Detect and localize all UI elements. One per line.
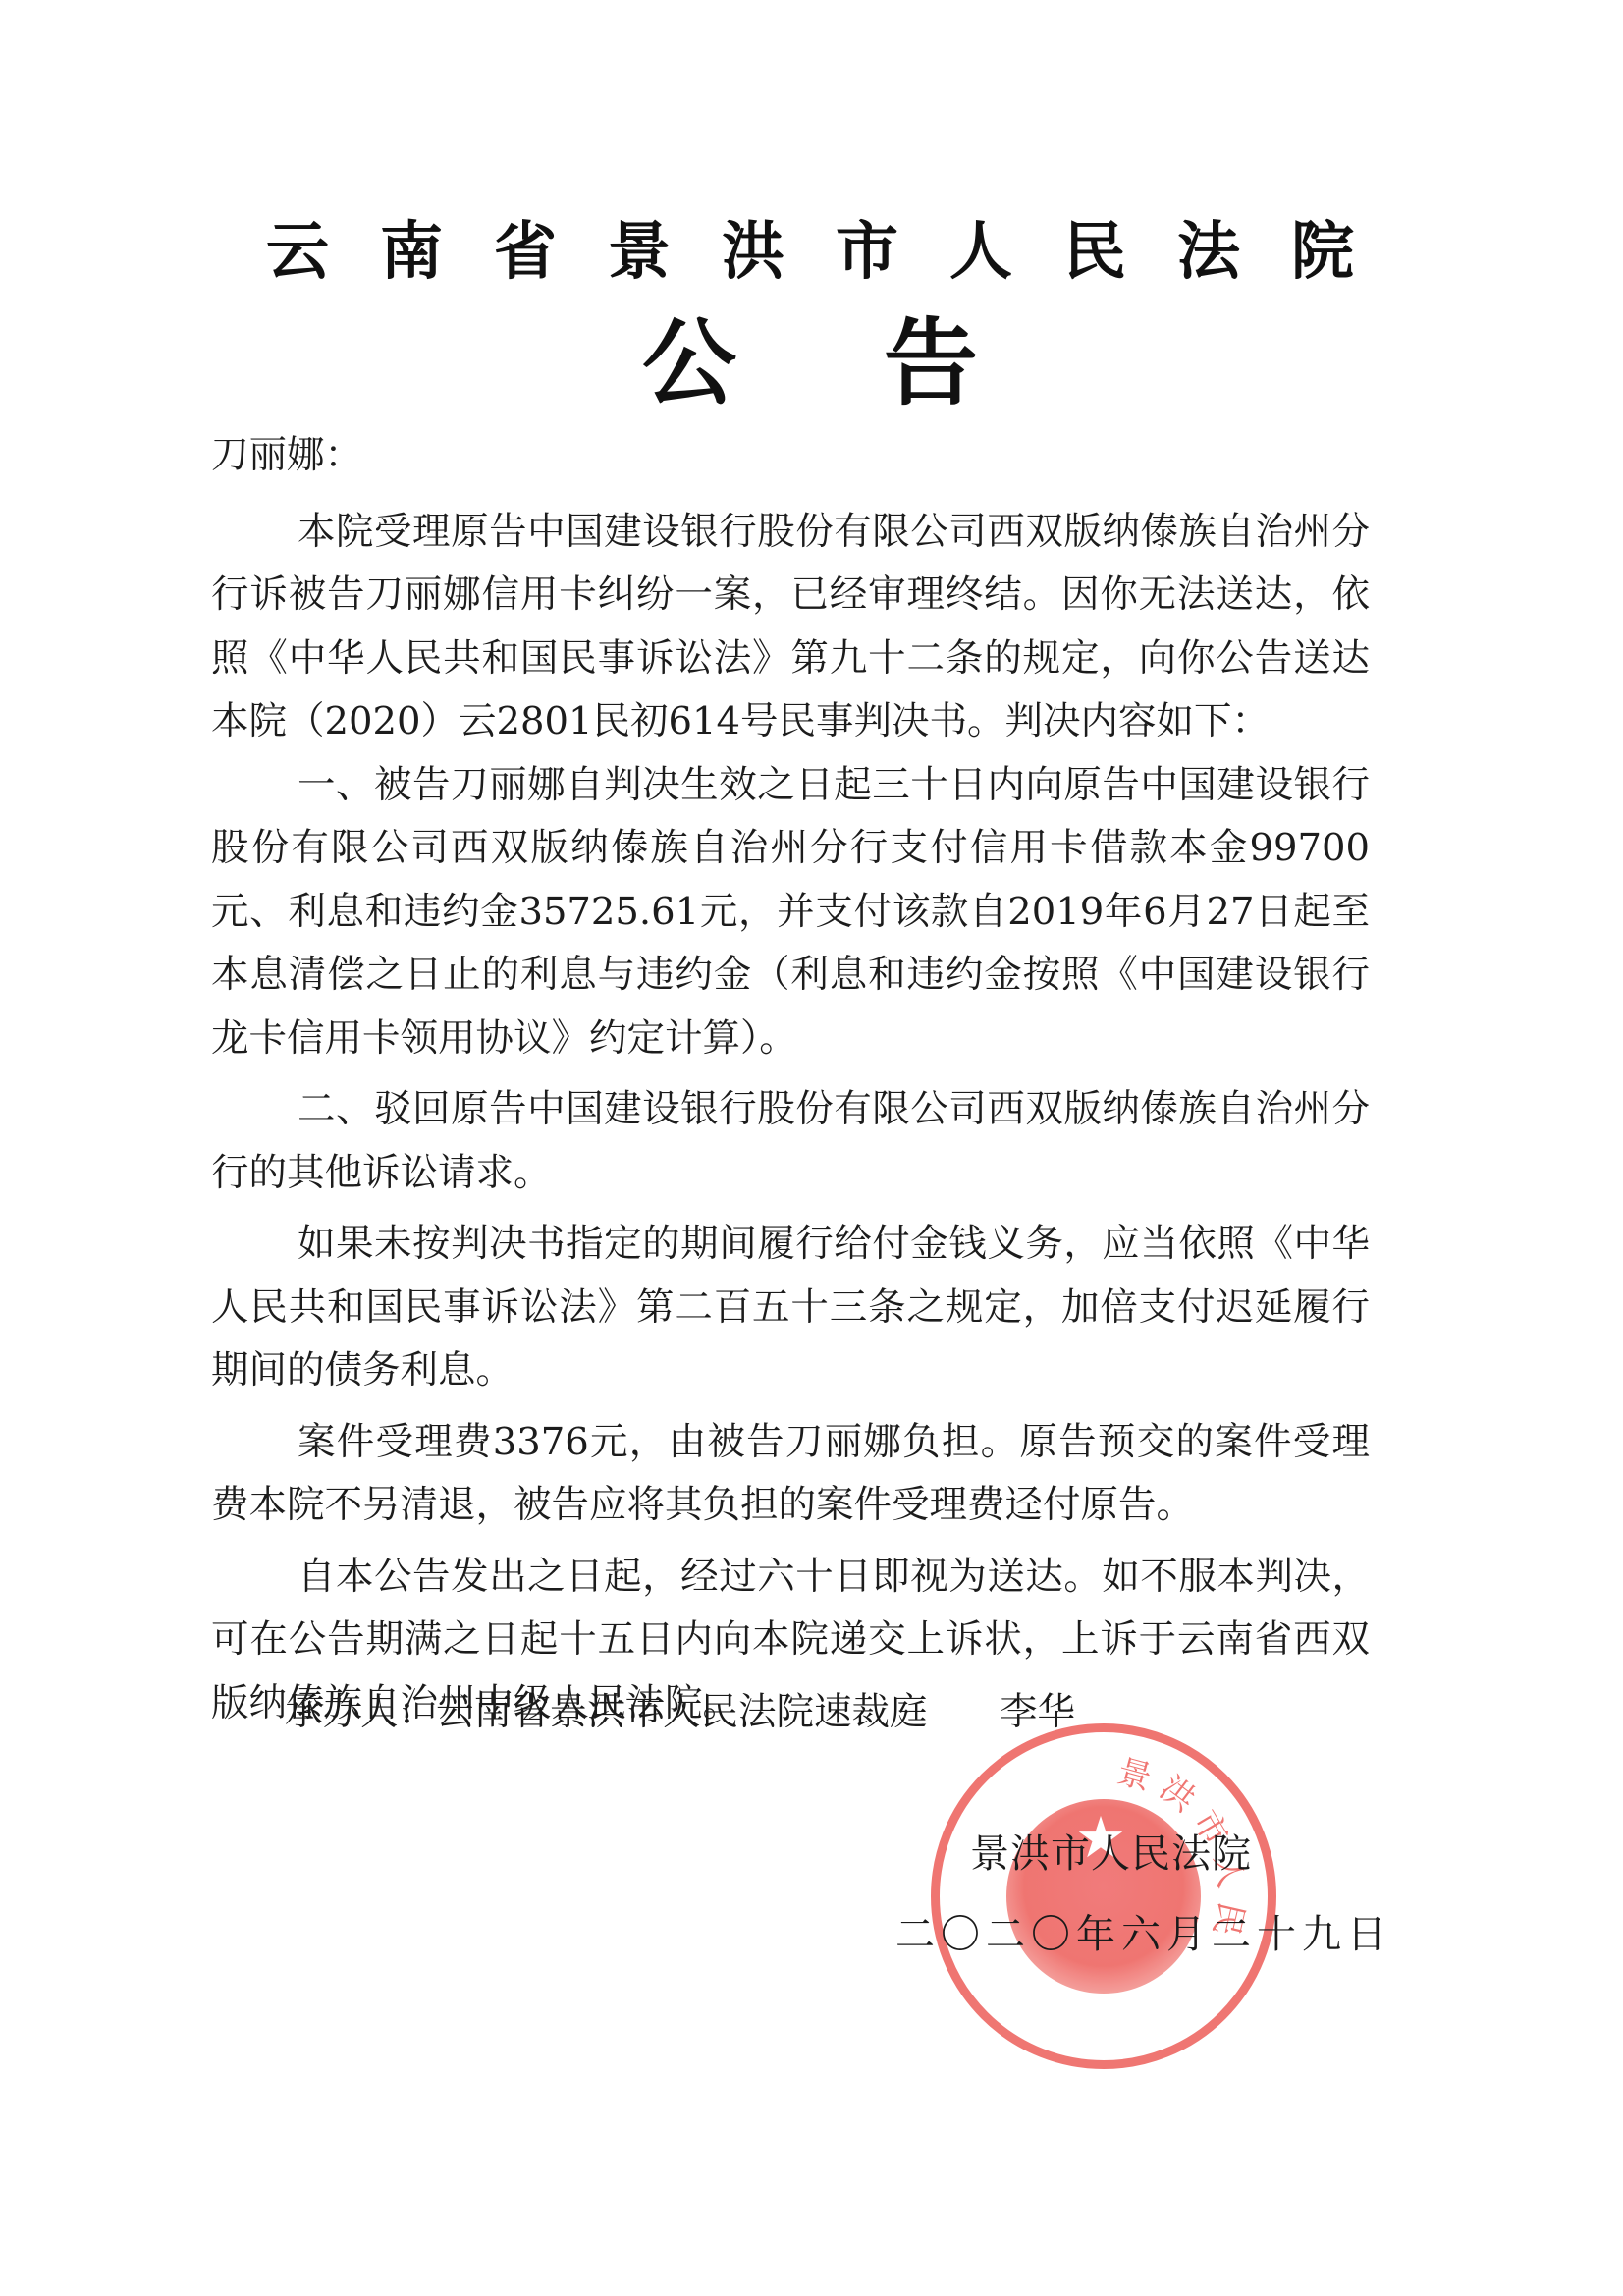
paragraph-intro: 本院受理原告中国建设银行股份有限公司西双版纳傣族自治州分行诉被告刀丽娜信用卡纠纷… [211, 501, 1370, 754]
notice-body: 刀丽娜： 本院受理原告中国建设银行股份有限公司西双版纳傣族自治州分行诉被告刀丽娜… [211, 424, 1370, 1735]
court-seal: 景洪市人民法院 ★ [931, 1723, 1276, 2069]
paragraph-late-payment: 如果未按判决书指定的期间履行给付金钱义务，应当依照《中华人民共和国民事诉讼法》第… [211, 1213, 1370, 1403]
addressee: 刀丽娜： [211, 424, 1370, 488]
signature-date: 二〇二〇年六月二十九日 [895, 1905, 1392, 1964]
handler-department: 云南省景洪市人民法院速裁庭 [436, 1690, 928, 1734]
handler-label: 承办人： [285, 1690, 436, 1734]
signature-court: 景洪市人民法院 [970, 1825, 1252, 1884]
document-type-heading: 公告 [196, 304, 1424, 422]
court-name-heading: 云南省景洪市人民法院 [196, 208, 1424, 297]
paragraph-ruling-2: 二、驳回原告中国建设银行股份有限公司西双版纳傣族自治州分行的其他诉讼请求。 [211, 1078, 1370, 1205]
paragraph-filing-fee: 案件受理费3376元，由被告刀丽娜负担。原告预交的案件受理费本院不另清退，被告应… [211, 1411, 1370, 1538]
paragraph-ruling-1: 一、被告刀丽娜自判决生效之日起三十日内向原告中国建设银行股份有限公司西双版纳傣族… [211, 754, 1370, 1071]
